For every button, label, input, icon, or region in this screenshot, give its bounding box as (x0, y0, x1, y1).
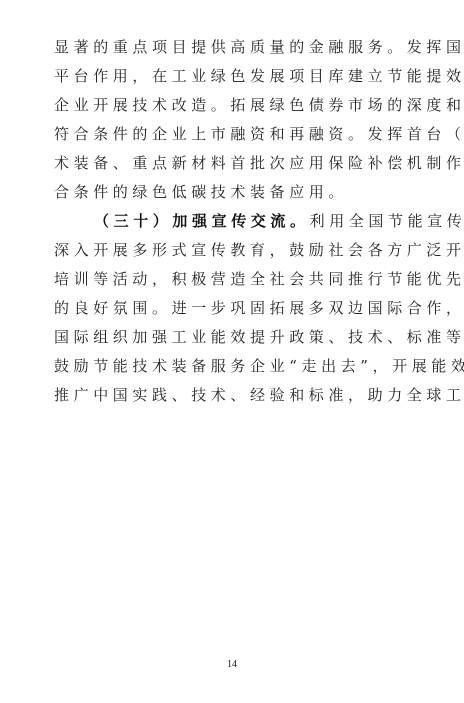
text-line: 鼓励节能技术装备服务企业“走出去”，开展能效合作项目， (54, 352, 424, 381)
text-line: 的良好氛围。进一步巩固拓展多双边国际合作，与有关国家、 (54, 294, 424, 323)
text-line: 平台作用，在工业绿色发展项目库建立节能提效专项，支持 (54, 62, 424, 91)
body-text: 显著的重点项目提供高质量的金融服务。发挥国家产融合作 平台作用，在工业绿色发展项… (54, 33, 424, 410)
text-line: 培训等活动，积极营造全社会共同推行节能优先、效率至上 (54, 265, 424, 294)
text-line: 显著的重点项目提供高质量的金融服务。发挥国家产融合作 (54, 33, 424, 62)
text-run: 利用全国节能宣传周等平台， (310, 212, 464, 230)
section-heading: （三十）加强宣传交流。 (94, 212, 310, 230)
page-number: 14 (0, 659, 464, 670)
text-line: 符合条件的企业上市融资和再融资。发挥首台（套）重大技 (54, 120, 424, 149)
text-line: 企业开展技术改造。拓展绿色债券市场的深度和广度，支持 (54, 91, 424, 120)
paragraph-publicity-exchange: （三十）加强宣传交流。利用全国节能宣传周等平台， 深入开展多形式宣传教育，鼓励社… (54, 207, 424, 410)
text-line: 推广中国实践、技术、经验和标准，助力全球工业能效提升。 (54, 381, 424, 410)
text-line: 国际组织加强工业能效提升政策、技术、标准等沟通交流。 (54, 323, 424, 352)
paragraph-financial-services: 显著的重点项目提供高质量的金融服务。发挥国家产融合作 平台作用，在工业绿色发展项… (54, 33, 424, 207)
text-line: 术装备、重点新材料首批次应用保险补偿机制作用，支持符 (54, 149, 424, 178)
text-line-first: （三十）加强宣传交流。利用全国节能宣传周等平台， (54, 207, 424, 236)
document-page: 显著的重点项目提供高质量的金融服务。发挥国家产融合作 平台作用，在工业绿色发展项… (0, 0, 464, 703)
text-line: 合条件的绿色低碳技术装备应用。 (54, 178, 424, 207)
text-line: 深入开展多形式宣传教育，鼓励社会各方广泛开展专题交流 (54, 236, 424, 265)
